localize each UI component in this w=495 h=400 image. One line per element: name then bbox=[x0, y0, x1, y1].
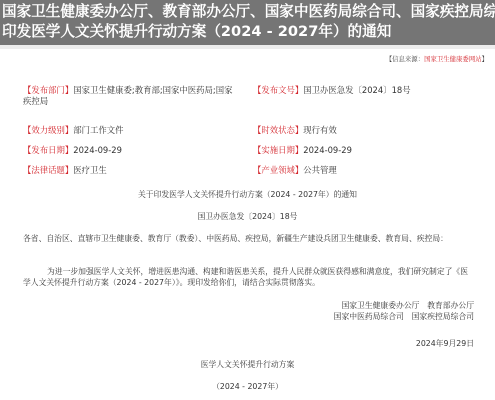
meta-effect-level: 【效力级别】部门工作文件 bbox=[23, 125, 124, 136]
meta-label: 【产业领域】 bbox=[253, 165, 303, 175]
meta-label: 【法律话题】 bbox=[23, 165, 73, 175]
meta-validity: 【时效状态】现行有效 bbox=[253, 125, 337, 136]
recipients: 各省、自治区、直辖市卫生健康委、教育厅（教委）、中医药局、疾控局，新疆生产建设兵… bbox=[23, 233, 475, 244]
title-separator bbox=[0, 45, 495, 49]
meta-value: 现行有效 bbox=[303, 125, 337, 135]
meta-value: 2024-09-29 bbox=[303, 145, 352, 155]
meta-industry: 【产业领域】公共管理 bbox=[253, 165, 337, 176]
meta-value: 2024-09-29 bbox=[73, 145, 122, 155]
notice-doc-number: 国卫办医急发〔2024〕18号 bbox=[0, 211, 495, 222]
meta-doc-number: 【发布文号】国卫办医急发〔2024〕18号 bbox=[253, 85, 411, 96]
meta-value: 医疗卫生 bbox=[73, 165, 107, 175]
body-paragraph: 为进一步加强医学人文关怀，增进医患沟通、构建和谐医患关系，提升人民群众就医获得感… bbox=[23, 266, 475, 288]
meta-value: 部门工作文件 bbox=[73, 125, 123, 135]
info-source-link[interactable]: 国家卫生健康委网站 bbox=[424, 55, 482, 63]
page-title: 国家卫生健康委办公厅、教育部办公厅、国家中医药局综合司、国家疾控局综合司关于印发… bbox=[2, 2, 495, 42]
meta-label: 【时效状态】 bbox=[253, 125, 303, 135]
meta-label: 【发布部门】 bbox=[23, 85, 73, 95]
meta-value: 公共管理 bbox=[303, 165, 337, 175]
meta-publish-date: 【发布日期】2024-09-29 bbox=[23, 145, 122, 156]
signature-date: 2024年9月29日 bbox=[416, 338, 474, 349]
plan-title: 医学人文关怀提升行动方案 bbox=[0, 359, 495, 370]
meta-legal-topic: 【法律话题】医疗卫生 bbox=[23, 165, 107, 176]
info-source-label: 【信息来源： bbox=[386, 55, 424, 63]
plan-years: （2024 - 2027年） bbox=[0, 381, 495, 392]
info-source: 【信息来源：国家卫生健康委网站】 bbox=[386, 54, 488, 63]
meta-effective-date: 【实施日期】2024-09-29 bbox=[253, 145, 352, 156]
title-bar: 国家卫生健康委办公厅、教育部办公厅、国家中医药局综合司、国家疾控局综合司关于印发… bbox=[0, 0, 495, 45]
meta-label: 【效力级别】 bbox=[23, 125, 73, 135]
signature-line-2: 国家中医药局综合司 国家疾控局综合司 bbox=[334, 311, 474, 322]
meta-value: 国卫办医急发〔2024〕18号 bbox=[303, 85, 410, 95]
meta-issuer: 【发布部门】国家卫生健康委;教育部;国家中医药局;国家疾控局 bbox=[23, 85, 238, 107]
meta-label: 【发布文号】 bbox=[253, 85, 303, 95]
signature-line-1: 国家卫生健康委办公厅 教育部办公厅 bbox=[341, 300, 474, 311]
notice-heading: 关于印发医学人文关怀提升行动方案（2024 - 2027年）的通知 bbox=[0, 189, 495, 200]
meta-label: 【发布日期】 bbox=[23, 145, 73, 155]
meta-label: 【实施日期】 bbox=[253, 145, 303, 155]
info-source-close: 】 bbox=[482, 55, 488, 63]
